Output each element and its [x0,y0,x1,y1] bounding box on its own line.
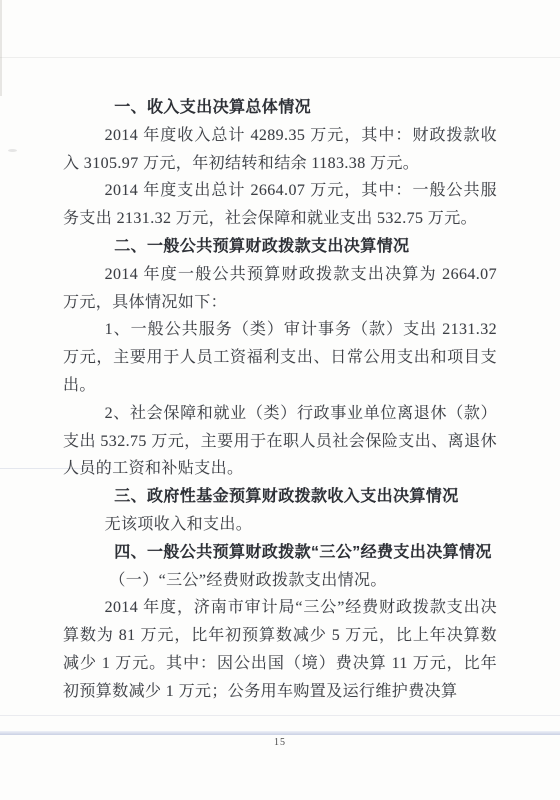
document-body: 一、收入支出决算总体情况2014 年度收入总计 4289.35 万元，其中：财政… [63,94,497,706]
footer-faint-divider [0,715,560,716]
scan-artifact-top-line [0,57,560,58]
paragraph: 1、一般公共服务（类）审计事务（款）支出 2131.32 万元，主要用于人员工资… [63,316,497,399]
paragraph: （一）“三公”经费财政拨款支出情况。 [63,567,497,595]
paragraph: 2014 年度支出总计 2664.07 万元，其中：一般公共服务支出 2131.… [63,177,497,233]
paragraph: 2、社会保障和就业（类）行政事业单位离退休（款）支出 532.75 万元，主要用… [63,400,497,483]
section-heading: 二、一般公共预算财政拨款支出决算情况 [63,233,497,261]
scan-artifact-left-edge [0,0,2,96]
scan-artifact-smudge [8,149,17,152]
section-heading: 三、政府性基金预算财政拨款收入支出决算情况 [63,483,497,511]
paragraph: 2014 年度收入总计 4289.35 万元，其中：财政拨款收入 3105.97… [63,122,497,178]
section-heading: 一、收入支出决算总体情况 [63,94,497,122]
footer-divider [0,731,560,735]
paragraph: 2014 年度，济南市审计局“三公”经费财政拨款支出决算数为 81 万元，比年初… [63,594,497,705]
paragraph: 无该项收入和支出。 [63,511,497,539]
section-heading: 四、一般公共预算财政拨款“三公”经费支出决算情况 [63,539,497,567]
page-number: 15 [0,737,560,748]
scanned-document-page: 一、收入支出决算总体情况2014 年度收入总计 4289.35 万元，其中：财政… [0,0,560,800]
paragraph: 2014 年度一般公共预算财政拨款支出决算为 2664.07 万元，具体情况如下… [63,261,497,317]
